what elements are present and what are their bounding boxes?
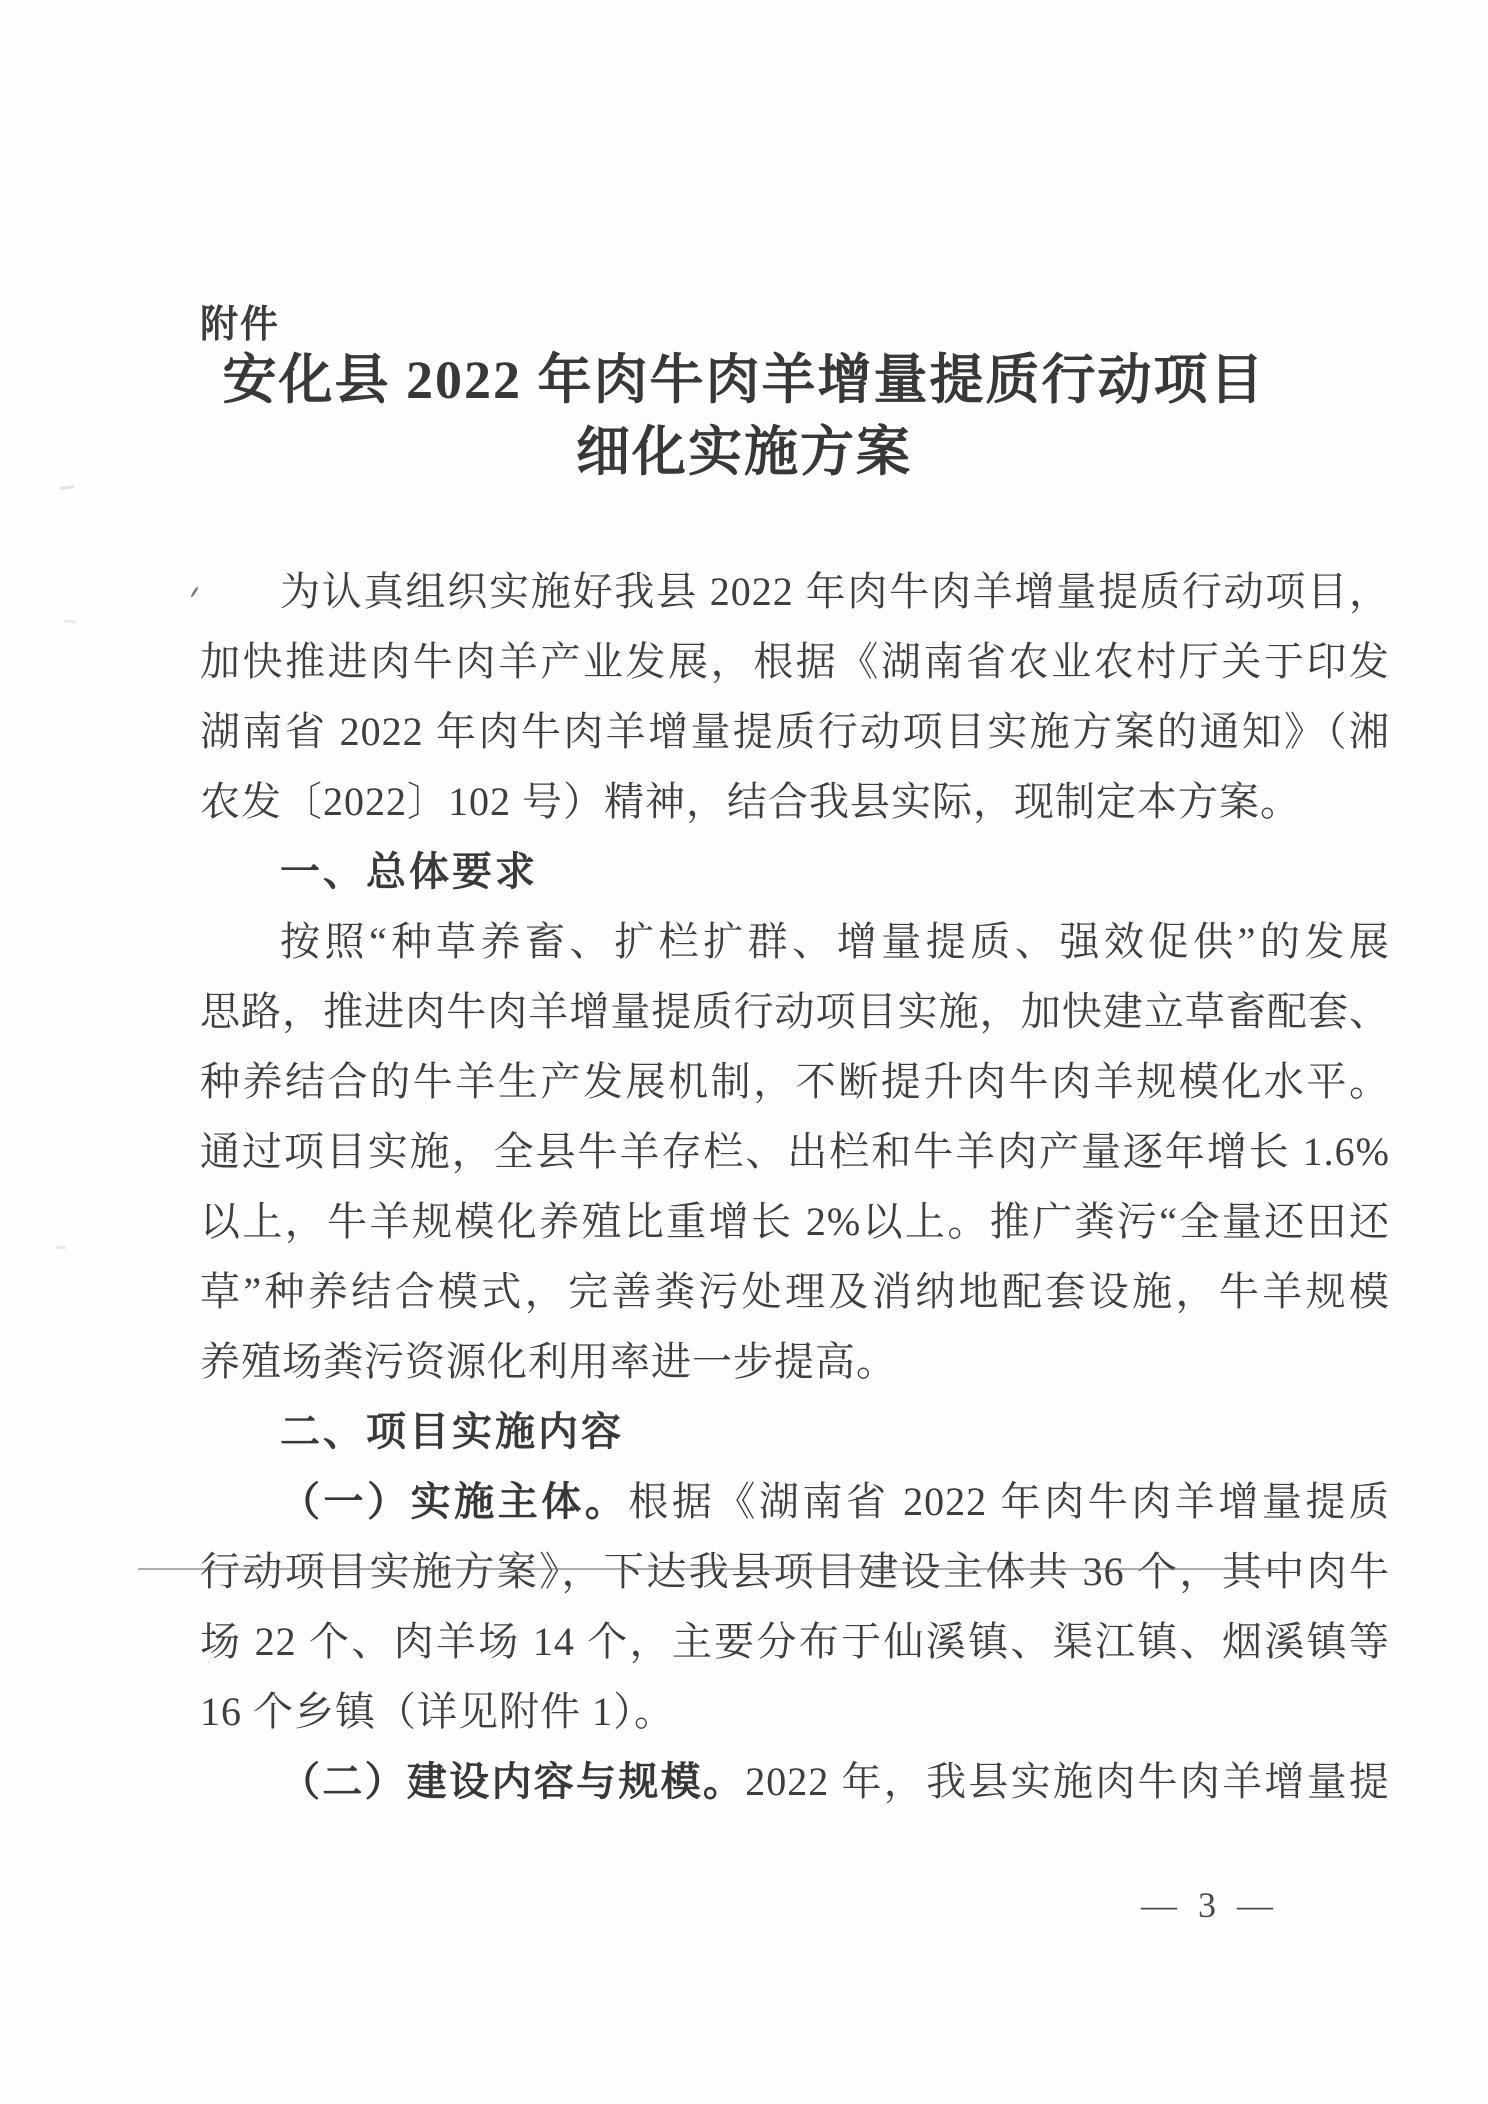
document-title: 安化县 2022 年肉牛肉羊增量提质行动项目 细化实施方案 [0, 344, 1488, 488]
text-line: 草”种养结合模式，完善粪污处理及消纳地配套设施，牛羊规模 [200, 1257, 1390, 1327]
paragraph-lead: （二）建设内容与规模。 [280, 1759, 745, 1804]
text-line: 按照“种草养畜、扩栏扩群、增量提质、强效促供”的发展 [200, 907, 1390, 977]
text-line: 种养结合的牛羊生产发展机制，不断提升肉牛肉羊规模化水平。 [200, 1047, 1390, 1117]
page-number: — 3 — [1110, 1884, 1310, 1926]
text-line: 湖南省 2022 年肉牛肉羊增量提质行动项目实施方案的通知》（湘 [200, 697, 1390, 767]
text-line: 思路，推进肉牛肉羊增量提质行动项目实施，加快建立草畜配套、 [200, 977, 1390, 1047]
document-page: 附件 安化县 2022 年肉牛肉羊增量提质行动项目 细化实施方案 为认真组织实施… [0, 0, 1488, 2104]
content: 为认真组织实施好我县 2022 年肉牛肉羊增量提质行动项目，加快推进肉牛肉羊产业… [200, 557, 1390, 1817]
text-line: 16 个乡镇（详见附件 1）。 [200, 1677, 1390, 1747]
title-line-1: 安化县 2022 年肉牛肉羊增量提质行动项目 [0, 344, 1488, 416]
attachment-label: 附件 [200, 293, 280, 348]
section-heading: 二、项目实施内容 [200, 1397, 1390, 1467]
paragraph-lead: （一）实施主体。 [280, 1479, 628, 1524]
scan-artifact-speck [60, 485, 74, 490]
scan-artifact-speck [56, 1246, 66, 1249]
title-line-2: 细化实施方案 [0, 416, 1488, 488]
text-line: 养殖场粪污资源化利用率进一步提高。 [200, 1327, 1390, 1397]
text-line: 以上，牛羊规模化养殖比重增长 2%以上。推广粪污“全量还田还 [200, 1187, 1390, 1257]
text-line: （一）实施主体。根据《湖南省 2022 年肉牛肉羊增量提质 [200, 1467, 1390, 1537]
text-line: 场 22 个、肉羊场 14 个，主要分布于仙溪镇、渠江镇、烟溪镇等 [200, 1607, 1390, 1677]
text-line: 加快推进肉牛肉羊产业发展，根据《湖南省农业农村厅关于印发 [200, 627, 1390, 697]
scan-artifact-speck [190, 586, 199, 598]
section-heading: 一、总体要求 [200, 837, 1390, 907]
text-line: 通过项目实施，全县牛羊存栏、出栏和牛羊肉产量逐年增长 1.6% [200, 1117, 1390, 1187]
text-line: 行动项目实施方案》，下达我县项目建设主体共 36 个，其中肉牛 [200, 1537, 1390, 1607]
scan-artifact-speck [64, 619, 76, 623]
text-line: （二）建设内容与规模。2022 年，我县实施肉牛肉羊增量提 [200, 1747, 1390, 1817]
text-line: 农发〔2022〕102 号）精神，结合我县实际，现制定本方案。 [200, 767, 1390, 837]
text-line: 为认真组织实施好我县 2022 年肉牛肉羊增量提质行动项目， [200, 557, 1390, 627]
scan-artifact-line [138, 1568, 1278, 1570]
